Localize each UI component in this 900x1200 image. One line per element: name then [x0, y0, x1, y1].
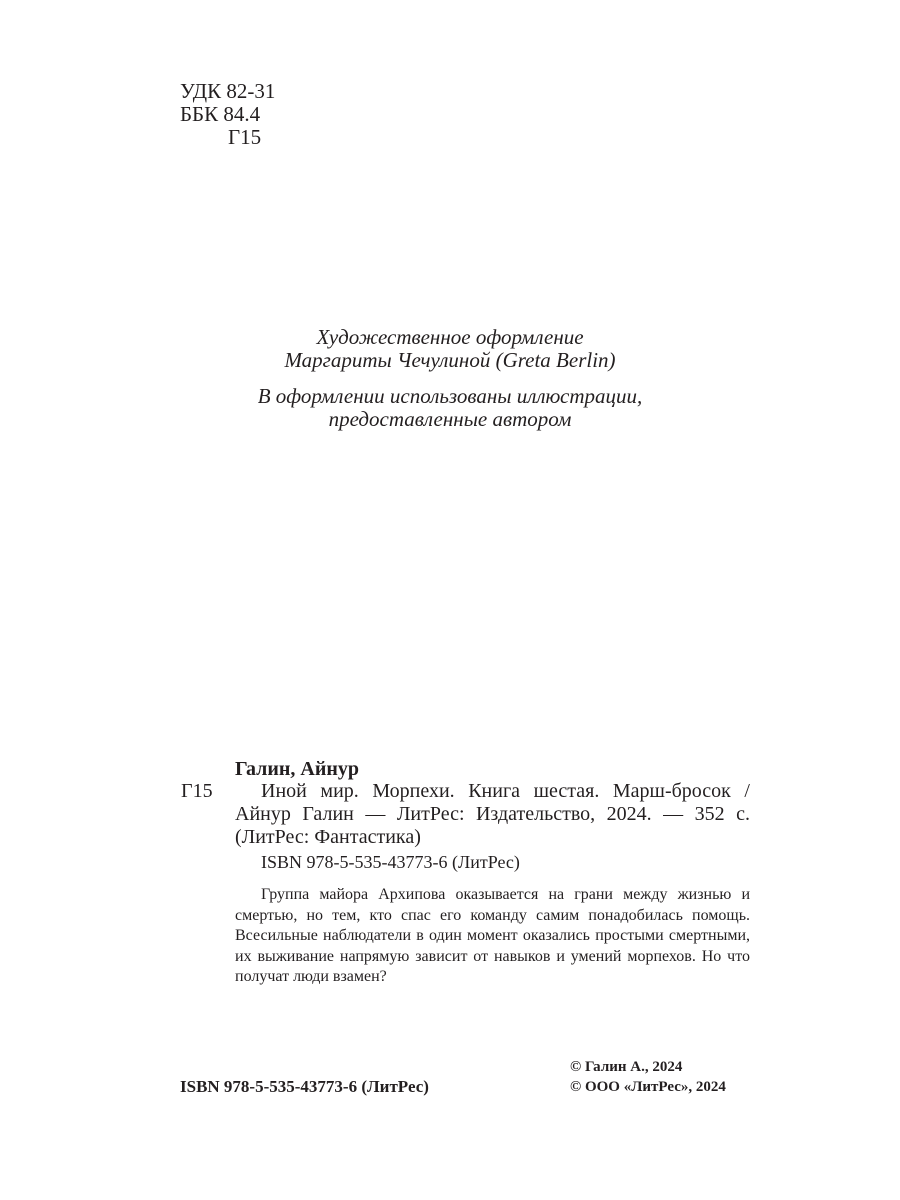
record-index: Г15	[181, 780, 213, 803]
design-credit-line1: Художественное оформление	[200, 326, 700, 349]
copyright-author: © Галин А., 2024	[570, 1057, 726, 1077]
annotation: Группа майора Архипова оказывается на гр…	[235, 885, 750, 988]
design-credit-line2: Маргариты Чечулиной (Greta Berlin)	[200, 349, 700, 372]
udk-code: УДК 82-31	[180, 80, 275, 103]
footer-isbn: ISBN 978-5-535-43773-6 (ЛитРес)	[180, 1077, 429, 1097]
author-mark: Г15	[180, 126, 275, 149]
illustrations-credit-line2: предоставленные автором	[200, 408, 700, 431]
bbk-code: ББК 84.4	[180, 103, 275, 126]
record-description: Иной мир. Морпехи. Книга шестая. Марш-бр…	[235, 780, 750, 849]
record-description-text: Иной мир. Морпехи. Книга шестая. Марш-бр…	[235, 780, 750, 849]
classification-codes: УДК 82-31 ББК 84.4 Г15	[180, 80, 275, 149]
copyright-block: © Галин А., 2024 © ООО «ЛитРес», 2024	[570, 1057, 726, 1097]
design-credits: Художественное оформление Маргариты Чечу…	[200, 326, 700, 431]
record-isbn: ISBN 978-5-535-43773-6 (ЛитРес)	[261, 852, 520, 873]
record-author: Галин, Айнур	[235, 758, 359, 781]
annotation-text: Группа майора Архипова оказывается на гр…	[235, 885, 750, 988]
copyright-publisher: © ООО «ЛитРес», 2024	[570, 1077, 726, 1097]
illustrations-credit-line1: В оформлении использованы иллюстрации,	[200, 385, 700, 408]
